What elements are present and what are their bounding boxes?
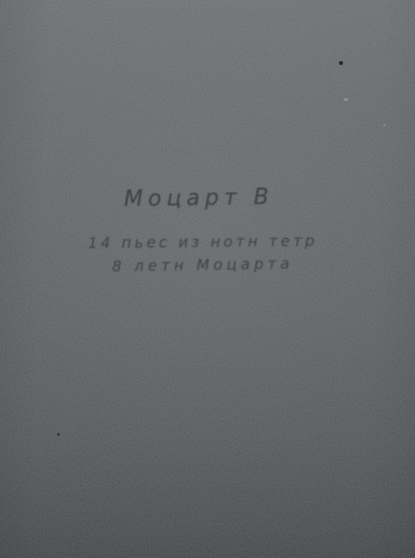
paper-speck-dark-small bbox=[57, 433, 60, 436]
handwritten-subtitle-line-1: 14 пьес из нотн тетр bbox=[88, 232, 318, 252]
paper-speck-light bbox=[344, 98, 348, 101]
photographed-paper-cover: Моцарт В 14 пьес из нотн тетр 8 летн Моц… bbox=[0, 0, 415, 558]
paper-speck-dark bbox=[339, 61, 343, 65]
paper-grain-texture bbox=[0, 0, 415, 558]
handwritten-subtitle-line-2: 8 летн Моцарта bbox=[112, 255, 294, 276]
paper-speck-light-small bbox=[383, 124, 386, 126]
handwritten-author-line: Моцарт В bbox=[124, 185, 274, 212]
